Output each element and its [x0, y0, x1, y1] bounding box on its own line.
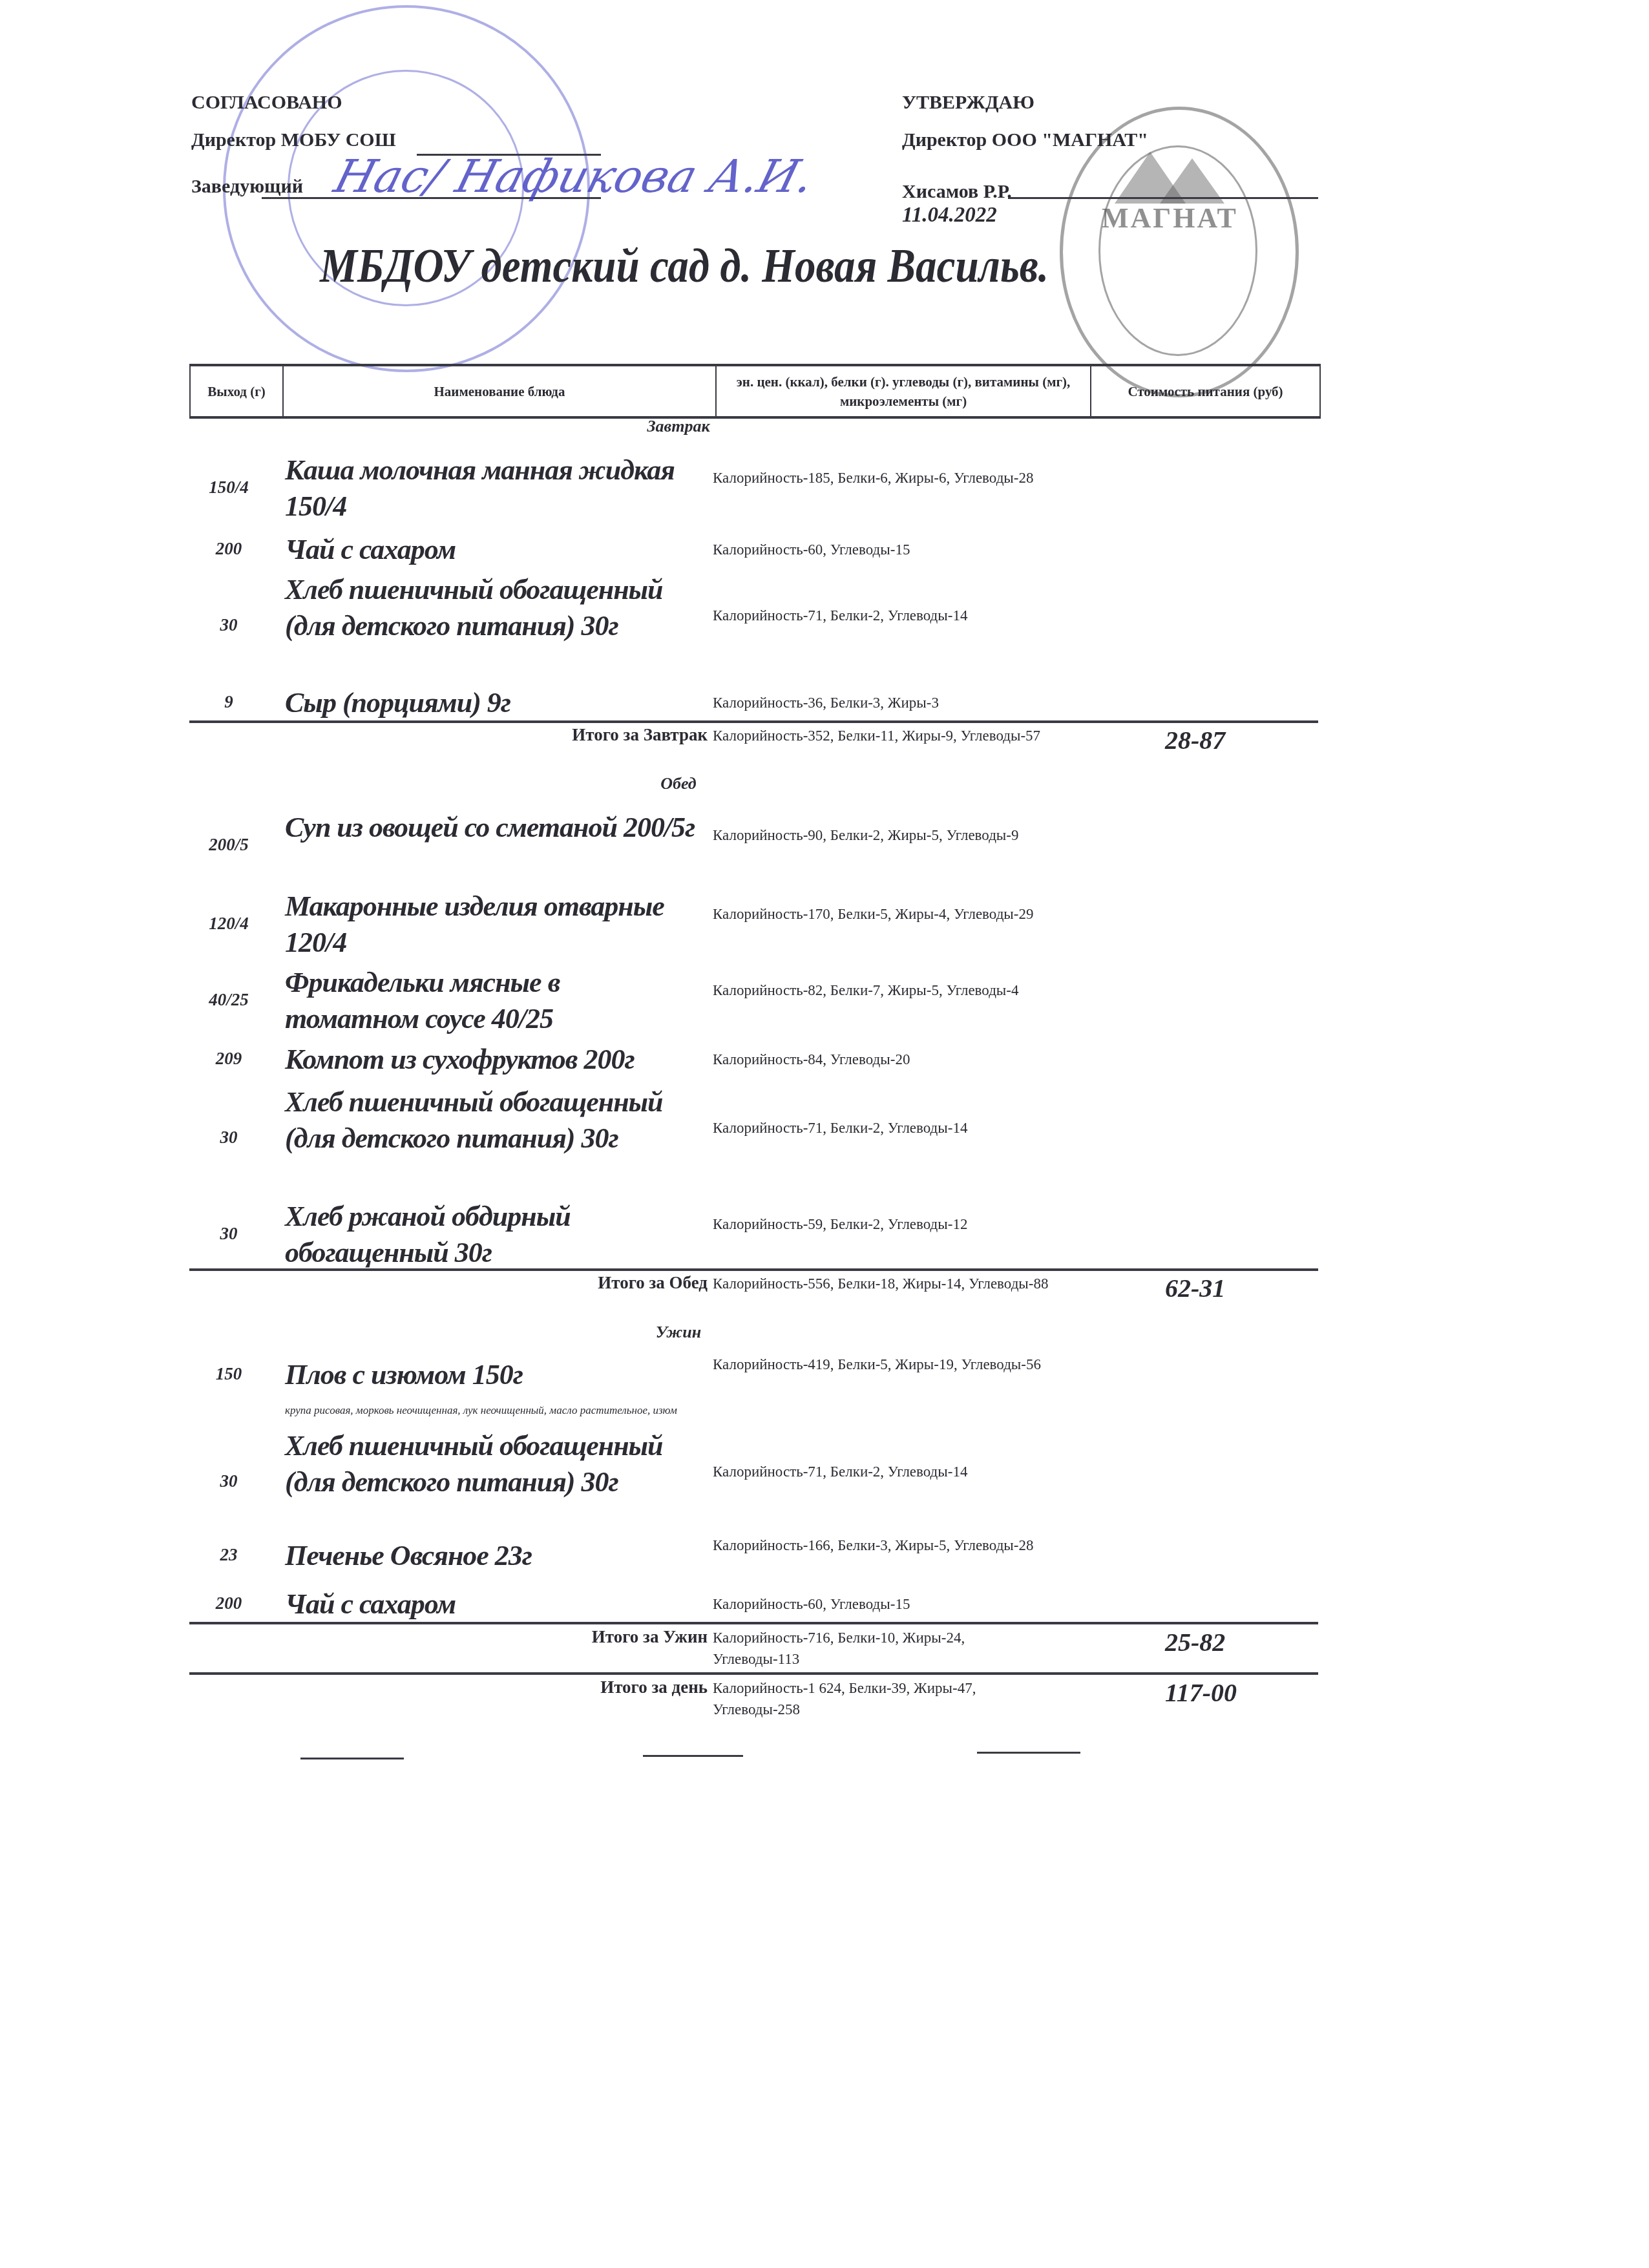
yield-cell: 200	[189, 539, 268, 559]
table-row: 30Хлеб пшеничный обогащенный (для детско…	[189, 1084, 1318, 1193]
section-divider	[189, 720, 1318, 723]
day-total-divider	[189, 1672, 1318, 1675]
table-row: 150/4Каша молочная манная жидкая 150/4Ка…	[189, 452, 1318, 525]
page-title: МБДОУ детский сад д. Новая Васильв.	[320, 239, 1049, 294]
footer-signature-line-1	[300, 1758, 404, 1759]
dish-name: Каша молочная манная жидкая 150/4	[285, 452, 698, 525]
agreed-label: СОГЛАСОВАНО	[191, 92, 342, 114]
section-divider	[189, 1622, 1318, 1624]
yield-cell: 200	[189, 1593, 268, 1613]
table-row: 30Хлеб пшеничный обогащенный (для детско…	[189, 1428, 1318, 1537]
section-divider	[189, 1268, 1318, 1271]
nutrition-info: Калорийность-71, Белки-2, Углеводы-14	[713, 1117, 1049, 1139]
yield-cell: 40/25	[189, 990, 268, 1010]
section-total-row: Итого за УжинКалорийность-716, Белки-10,…	[189, 1627, 1318, 1672]
nutrition-info: Калорийность-36, Белки-3, Жиры-3	[713, 692, 1049, 713]
column-header-cost: Стоимость питания (руб)	[1091, 366, 1319, 416]
footer-signature-line-2	[643, 1755, 743, 1757]
table-header: Выход (г) Наименование блюда эн. цен. (к…	[189, 364, 1321, 419]
column-header-yield: Выход (г)	[191, 366, 284, 416]
approval-date: 11.04.2022	[902, 204, 997, 227]
nutrition-info: Калорийность-60, Углеводы-15	[713, 539, 1049, 560]
table-row: 209Компот из сухофруктов 200гКалорийност…	[189, 1042, 1318, 1078]
column-header-dish: Наименование блюда	[284, 366, 717, 416]
yield-cell: 23	[189, 1545, 268, 1565]
section-heading-text: Обед	[660, 774, 697, 793]
table-row: 23Печенье Овсяное 23гКалорийность-166, Б…	[189, 1538, 1318, 1574]
section-total-cost: 62-31	[1165, 1273, 1225, 1303]
nutrition-info: Калорийность-170, Белки-5, Жиры-4, Углев…	[713, 903, 1049, 925]
day-total-nutrition: Калорийность-1 624, Белки-39, Жиры-47, У…	[713, 1677, 1049, 1720]
company-stamp-name: МАГНАТ	[1102, 202, 1238, 235]
section-heading-text: Ужин	[656, 1323, 701, 1342]
nutrition-info: Калорийность-60, Углеводы-15	[713, 1593, 1049, 1615]
yield-cell: 9	[189, 692, 268, 712]
section-total-row: Итого за ОбедКалорийность-556, Белки-18,…	[189, 1273, 1318, 1318]
yield-cell: 30	[189, 615, 268, 635]
table-row: 200Чай с сахаромКалорийность-60, Углевод…	[189, 532, 1318, 568]
day-total-label: Итого за день	[600, 1677, 708, 1697]
nutrition-info: Калорийность-419, Белки-5, Жиры-19, Угле…	[713, 1354, 1049, 1375]
dish-name: Хлеб пшеничный обогащенный (для детского…	[285, 572, 698, 644]
table-row: 40/25 Фрикадельки мясные в томатном соус…	[189, 965, 1318, 1037]
yield-cell: 30	[189, 1128, 268, 1148]
section-total-label: Итого за Завтрак	[572, 725, 708, 745]
nutrition-info: Калорийность-90, Белки-2, Жиры-5, Углево…	[713, 824, 1049, 846]
dish-name: Суп из овощей со сметаной 200/5г	[285, 810, 698, 846]
approved-label: УТВЕРЖДАЮ	[902, 92, 1035, 114]
table-row: 9Сыр (порциями) 9гКалорийность-36, Белки…	[189, 685, 1318, 721]
dish-name: Хлеб ржаной обдирный обогащенный 30г	[285, 1199, 698, 1271]
section-total-nutrition: Калорийность-352, Белки-11, Жиры-9, Угле…	[713, 725, 1049, 746]
day-total-row: Итого за деньКалорийность-1 624, Белки-3…	[189, 1677, 1318, 1723]
yield-cell: 200/5	[189, 835, 268, 855]
agreed-position-director: Директор МОБУ СОШ	[191, 129, 396, 151]
nutrition-info: Калорийность-59, Белки-2, Углеводы-12	[713, 1213, 1049, 1235]
approved-position: Директор ООО "МАГНАТ"	[902, 129, 1148, 151]
ingredients-note: крупа рисовая, морковь неочищенная, лук …	[285, 1404, 677, 1417]
yield-cell: 30	[189, 1471, 268, 1491]
dish-name: Фрикадельки мясные в томатном соусе 40/2…	[285, 965, 698, 1037]
yield-cell: 120/4	[189, 914, 268, 934]
section-heading-text: Завтрак	[647, 417, 709, 436]
yield-cell: 30	[189, 1224, 268, 1244]
section-total-nutrition: Калорийность-556, Белки-18, Жиры-14, Угл…	[713, 1273, 1049, 1294]
yield-cell: 150/4	[189, 478, 268, 498]
section-total-label: Итого за Обед	[598, 1273, 708, 1293]
approver-signature-line	[1008, 197, 1318, 199]
table-row: 200Чай с сахаромКалорийность-60, Углевод…	[189, 1586, 1318, 1622]
dish-name: Компот из сухофруктов 200г	[285, 1042, 698, 1078]
dish-name: Чай с сахаром	[285, 1586, 698, 1622]
handwritten-signature: Нас/ Нафикова А.И.	[329, 150, 820, 203]
dish-name: Сыр (порциями) 9г	[285, 685, 698, 721]
table-row: 30Хлеб ржаной обдирный обогащенный 30гКа…	[189, 1199, 1318, 1271]
nutrition-info: Калорийность-185, Белки-6, Жиры-6, Углев…	[713, 467, 1049, 488]
dish-name: Плов с изюмом 150г	[285, 1357, 698, 1393]
nutrition-info: Калорийность-71, Белки-2, Углеводы-14	[713, 1461, 1049, 1482]
table-row: 30Хлеб пшеничный обогащенный (для детско…	[189, 572, 1318, 680]
nutrition-info: Калорийность-166, Белки-3, Жиры-5, Углев…	[713, 1535, 1049, 1556]
table-row: 150Плов с изюмом 150гКалорийность-419, Б…	[189, 1357, 1318, 1393]
section-total-cost: 25-82	[1165, 1627, 1225, 1657]
section-total-label: Итого за Ужин	[592, 1627, 708, 1647]
dish-name: Макаронные изделия отварные 120/4	[285, 888, 698, 961]
yield-cell: 209	[189, 1049, 268, 1069]
section-total-nutrition: Калорийность-716, Белки-10, Жиры-24, Угл…	[713, 1627, 1049, 1670]
nutrition-info: Калорийность-82, Белки-7, Жиры-5, Углево…	[713, 980, 1049, 1001]
dish-name: Хлеб пшеничный обогащенный (для детского…	[285, 1084, 698, 1157]
table-row: 200/5Суп из овощей со сметаной 200/5гКал…	[189, 810, 1318, 882]
column-header-nutrition: эн. цен. (ккал), белки (г). углеводы (г)…	[717, 366, 1091, 416]
table-row: 120/4Макаронные изделия отварные 120/4Ка…	[189, 888, 1318, 961]
section-total-row: Итого за ЗавтракКалорийность-352, Белки-…	[189, 725, 1318, 770]
dish-name: Хлеб пшеничный обогащенный (для детского…	[285, 1428, 698, 1500]
agreed-position-head: Заведующий	[191, 176, 303, 198]
dish-name: Чай с сахаром	[285, 532, 698, 568]
nutrition-info: Калорийность-71, Белки-2, Углеводы-14	[713, 605, 1049, 626]
approver-name: Хисамов Р.Р.	[902, 181, 1012, 203]
day-total-cost: 117-00	[1165, 1677, 1237, 1708]
nutrition-info: Калорийность-84, Углеводы-20	[713, 1049, 1049, 1070]
yield-cell: 150	[189, 1364, 268, 1384]
footer-signature-line-3	[977, 1752, 1080, 1754]
dish-name: Печенье Овсяное 23г	[285, 1538, 698, 1574]
section-total-cost: 28-87	[1165, 725, 1225, 755]
